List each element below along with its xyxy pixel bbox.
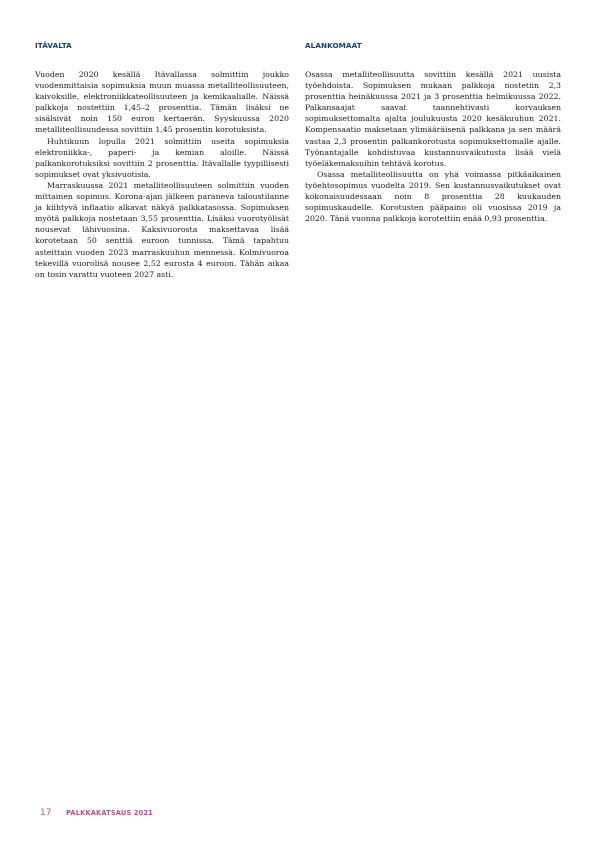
paragraph: Huhtikuun lopulla 2021 solmittiin useita…: [35, 136, 289, 180]
section-alankomaat: ALANKOMAAT Osassa metalliteollisuutta so…: [305, 40, 561, 224]
paragraph: Vuoden 2020 kesällä Itävallassa solmitti…: [35, 69, 289, 136]
section-heading: ITÄVALTA: [35, 40, 289, 52]
section-heading: ALANKOMAAT: [305, 40, 561, 52]
publication-title: PALKKAKATSAUS 2021: [66, 809, 153, 817]
paragraph: Marraskuussa 2021 metalliteollisuuteen s…: [35, 180, 289, 280]
section-itavalta: ITÄVALTA Vuoden 2020 kesällä Itävallassa…: [35, 40, 289, 280]
page-footer: 17 PALKKAKATSAUS 2021: [40, 808, 153, 818]
page-number: 17: [40, 808, 66, 818]
document-page: ITÄVALTA Vuoden 2020 kesällä Itävallassa…: [0, 0, 595, 842]
paragraph: Osassa metalliteollisuutta sovittiin kes…: [305, 69, 561, 169]
paragraph: Osassa metalliteollisuutta on yhä voimas…: [305, 169, 561, 224]
